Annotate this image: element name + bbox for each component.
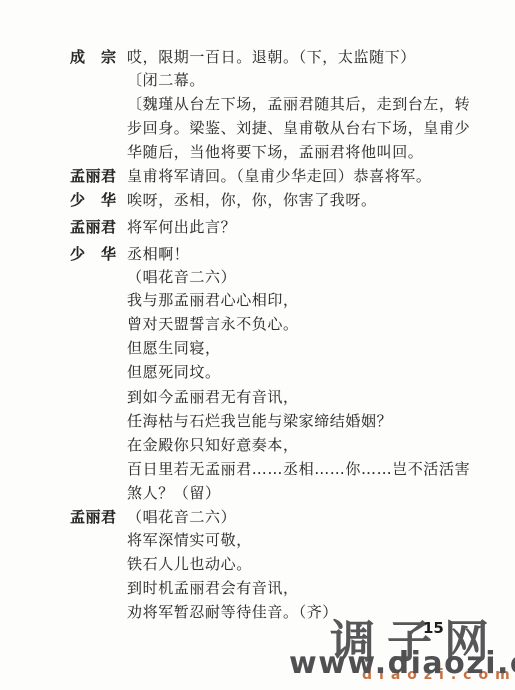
speaker-name: 孟丽君 bbox=[70, 165, 117, 186]
lyric-line: 百日里若无孟丽君……丞相……你……岂不活活害 bbox=[127, 458, 470, 479]
script-line: 将军深情实可敬， bbox=[0, 529, 515, 551]
line-text: 皇甫将军请回。（皇甫少华走回）恭喜将军。 bbox=[127, 165, 432, 186]
script-line: 孟丽君将军何出此言？ bbox=[0, 216, 515, 238]
lyric-line: 在金殿你只知好意奏本， bbox=[127, 434, 299, 455]
lyric-line: 到时机孟丽君会有音讯， bbox=[127, 577, 299, 598]
script-line: 少 华唉呀，丞相，你，你，你害了我呀。 bbox=[0, 189, 515, 211]
line-text: 将军何出此言？ bbox=[127, 216, 236, 237]
script-line: 到时机孟丽君会有音讯， bbox=[0, 577, 515, 599]
script-line: 我与那孟丽君心心相印， bbox=[0, 289, 515, 311]
lyric-line: 将军深情实可敬， bbox=[127, 529, 252, 550]
line-text: 哎，限期一百日。退朝。（下，太监随下） bbox=[127, 46, 416, 67]
script-line: 〔魏瑾从台左下场，孟丽君随其后，走到台左，转 bbox=[0, 93, 515, 115]
stage-direction: 华随后，当他将要下场，孟丽君将他叫回。 bbox=[127, 141, 423, 162]
stage-direction: 〔闭二幕。 bbox=[127, 69, 205, 90]
stage-direction: 〔魏瑾从台左下场，孟丽君随其后，走到台左，转 bbox=[127, 93, 470, 114]
script-line: 曾对天盟誓言永不负心。 bbox=[0, 313, 515, 335]
line-text: 丞相啊！ bbox=[127, 243, 189, 264]
lyric-line: 任海枯与石烂我岂能与梁家缔结婚姻？ bbox=[127, 410, 392, 431]
script-line: 到如今孟丽君无有音讯， bbox=[0, 386, 515, 408]
script-line: 成 宗哎，限期一百日。退朝。（下，太监随下） bbox=[0, 46, 515, 68]
script-line: 但愿生同寝， bbox=[0, 337, 515, 359]
scanned-page: 成 宗哎，限期一百日。退朝。（下，太监随下） 〔闭二幕。 〔魏瑾从台左下场，孟丽… bbox=[0, 0, 515, 690]
music-cue: （唱花音二六） bbox=[127, 506, 236, 527]
speaker-name: 孟丽君 bbox=[70, 506, 117, 527]
script-line: 百日里若无孟丽君……丞相……你……岂不活活害 bbox=[0, 458, 515, 480]
script-line: 任海枯与石烂我岂能与梁家缔结婚姻？ bbox=[0, 410, 515, 432]
script-line: 煞人？（留） bbox=[0, 482, 515, 504]
speaker-name: 孟丽君 bbox=[70, 216, 117, 237]
lyric-line: 但愿死同坟。 bbox=[127, 361, 221, 382]
script-line: 孟丽君皇甫将军请回。（皇甫少华走回）恭喜将军。 bbox=[0, 165, 515, 187]
stage-direction: 步回身。梁鉴、刘捷、皇甫敬从台右下场，皇甫少 bbox=[127, 117, 470, 138]
speaker-name: 少 华 bbox=[70, 243, 117, 264]
page-number: 15 bbox=[423, 619, 444, 637]
lyric-line: 铁石人儿也动心。 bbox=[127, 553, 252, 574]
lyric-line: 但愿生同寝， bbox=[127, 337, 221, 358]
lyric-line: 煞人？（留） bbox=[127, 482, 221, 503]
script-line: 孟丽君（唱花音二六） bbox=[0, 506, 515, 528]
lyric-line: 曾对天盟誓言永不负心。 bbox=[127, 313, 299, 334]
speaker-name: 成 宗 bbox=[70, 46, 117, 67]
speaker-name: 少 华 bbox=[70, 189, 117, 210]
script-line: 在金殿你只知好意奏本， bbox=[0, 434, 515, 456]
music-cue: （唱花音二六） bbox=[127, 266, 236, 287]
script-line: 少 华丞相啊！ bbox=[0, 243, 515, 265]
watermark-url: www.diaozi.com bbox=[289, 646, 515, 681]
line-text: 唉呀，丞相，你，你，你害了我呀。 bbox=[127, 189, 377, 210]
script-line: 华随后，当他将要下场，孟丽君将他叫回。 bbox=[0, 141, 515, 163]
script-line: （唱花音二六） bbox=[0, 266, 515, 288]
lyric-line: 到如今孟丽君无有音讯， bbox=[127, 386, 299, 407]
script-line: 铁石人儿也动心。 bbox=[0, 553, 515, 575]
lyric-line: 劝将军暂忍耐等待佳音。（齐） bbox=[127, 601, 338, 622]
script-line: 步回身。梁鉴、刘捷、皇甫敬从台右下场，皇甫少 bbox=[0, 117, 515, 139]
script-line: 〔闭二幕。 bbox=[0, 69, 515, 91]
lyric-line: 我与那孟丽君心心相印， bbox=[127, 289, 299, 310]
script-line: 但愿死同坟。 bbox=[0, 361, 515, 383]
